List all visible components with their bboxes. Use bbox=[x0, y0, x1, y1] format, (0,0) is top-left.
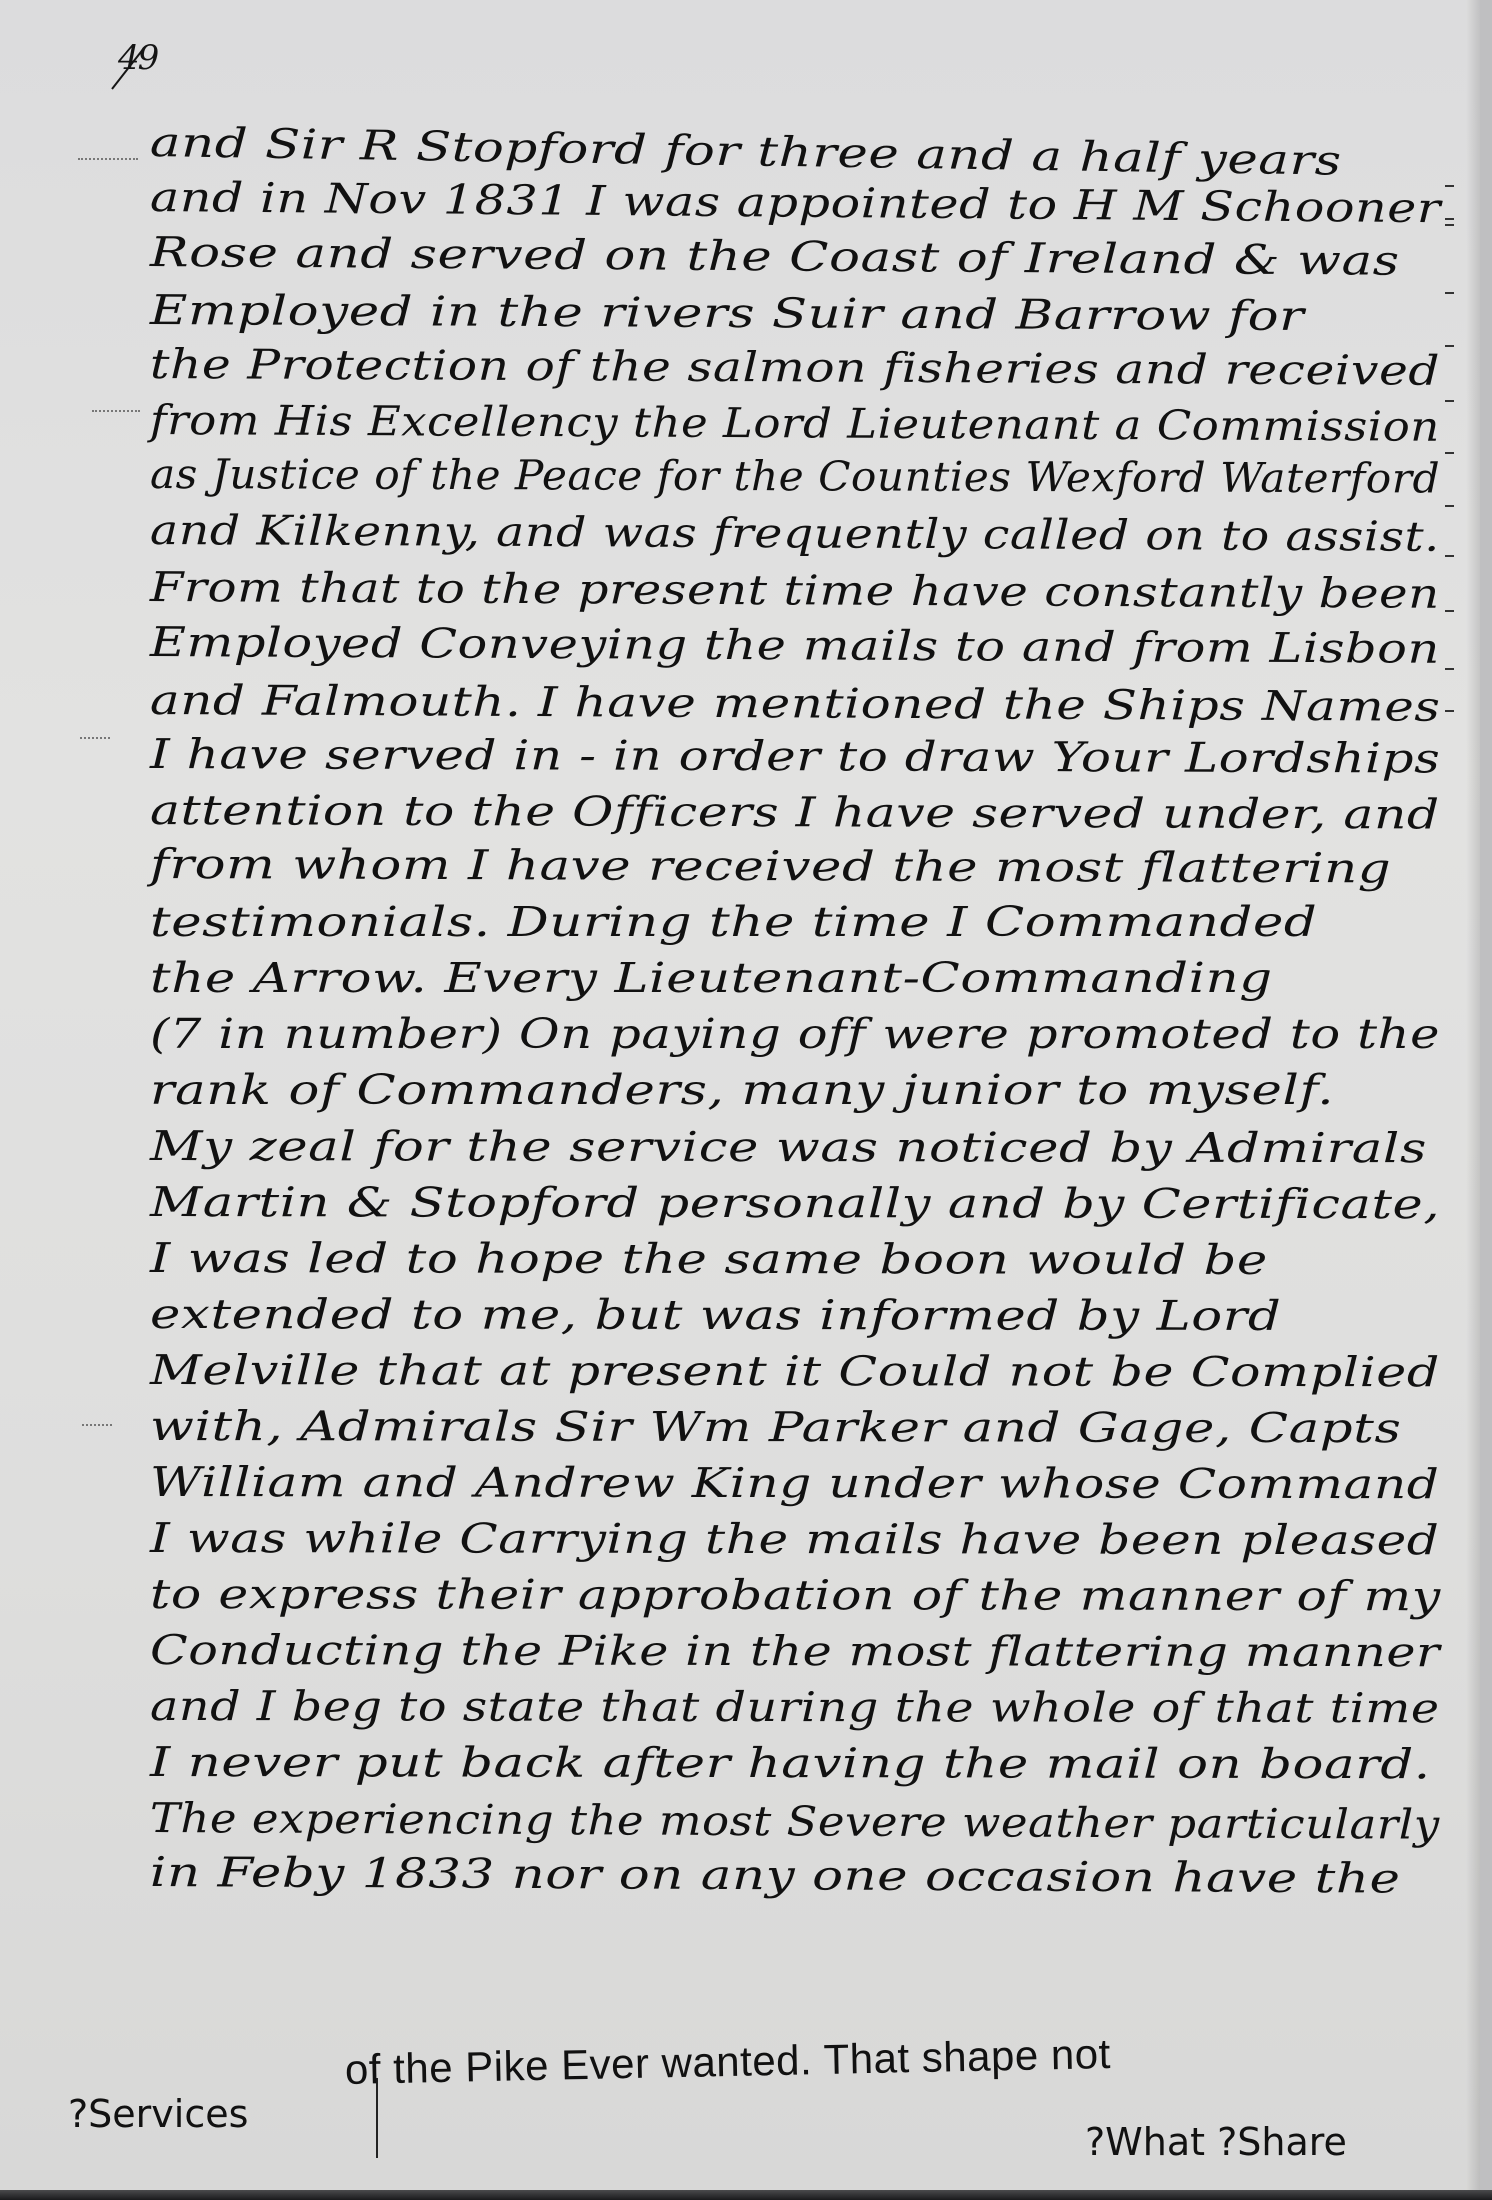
margin-mark bbox=[1445, 710, 1454, 712]
manuscript-line: Conducting the Pike in the most flatteri… bbox=[150, 1626, 1440, 1676]
manuscript-line: Martin & Stopford personally and by Cert… bbox=[150, 1178, 1440, 1228]
scan-edge-right bbox=[1480, 0, 1492, 2200]
scan-edge-bottom bbox=[0, 2190, 1492, 2200]
margin-annotation-services: ?Services bbox=[68, 2092, 248, 2136]
margin-mark bbox=[1445, 452, 1454, 454]
manuscript-page: 49 and Sir R Stopford for three and a ha… bbox=[0, 0, 1480, 2190]
manuscript-line: rank of Commanders, many junior to mysel… bbox=[150, 1066, 1334, 1114]
manuscript-line: and in Nov 1831 I was appointed to H M S… bbox=[150, 173, 1441, 232]
page-number: 49 bbox=[118, 38, 157, 78]
final-line-annotation: of the Pike Ever wanted. That shape not bbox=[344, 2030, 1111, 2094]
manuscript-line: and Kilkenny, and was frequently called … bbox=[150, 506, 1440, 561]
dotted-rule bbox=[82, 1424, 112, 1426]
manuscript-line: I was while Carrying the mails have been… bbox=[150, 1514, 1440, 1564]
manuscript-line: Rose and served on the Coast of Ireland … bbox=[150, 228, 1400, 285]
query-annotation: ?What ?Share bbox=[1085, 2120, 1347, 2164]
manuscript-line: the Arrow. Every Lieutenant-Commanding bbox=[150, 954, 1273, 1002]
margin-mark bbox=[1445, 218, 1454, 220]
dotted-rule bbox=[78, 158, 138, 160]
manuscript-line: Employed Conveying the mails to and from… bbox=[150, 618, 1440, 673]
margin-mark bbox=[1445, 555, 1454, 557]
manuscript-line: from whom I have received the most flatt… bbox=[150, 840, 1391, 892]
manuscript-line: with, Admirals Sir Wm Parker and Gage, C… bbox=[150, 1402, 1401, 1452]
manuscript-line: the Protection of the salmon fisheries a… bbox=[150, 340, 1440, 395]
manuscript-line: as Justice of the Peace for the Counties… bbox=[150, 450, 1440, 503]
margin-mark bbox=[1445, 668, 1454, 670]
margin-mark bbox=[1445, 185, 1454, 187]
manuscript-line: testimonials. During the time I Commande… bbox=[150, 898, 1317, 946]
margin-mark bbox=[1445, 610, 1454, 612]
manuscript-line: I never put back after having the mail o… bbox=[150, 1738, 1431, 1788]
manuscript-line: Melville that at present it Could not be… bbox=[150, 1346, 1440, 1396]
manuscript-line: attention to the Officers I have served … bbox=[150, 786, 1440, 839]
margin-mark bbox=[1445, 292, 1454, 294]
manuscript-line: I was led to hope the same boon would be bbox=[150, 1234, 1268, 1284]
dotted-rule bbox=[92, 410, 140, 412]
margin-mark bbox=[1445, 224, 1454, 226]
dotted-rule bbox=[80, 737, 110, 739]
manuscript-line: William and Andrew King under whose Comm… bbox=[150, 1458, 1440, 1508]
manuscript-line: Employed in the rivers Suir and Barrow f… bbox=[150, 286, 1305, 340]
manuscript-line: I have served in - in order to draw Your… bbox=[150, 730, 1440, 783]
margin-mark bbox=[1445, 400, 1454, 402]
manuscript-line: My zeal for the service was noticed by A… bbox=[150, 1122, 1427, 1172]
margin-mark bbox=[1445, 505, 1454, 507]
margin-mark bbox=[1445, 345, 1454, 347]
manuscript-line: in Feby 1833 nor on any one occasion hav… bbox=[150, 1848, 1401, 1903]
manuscript-line: extended to me, but was informed by Lord bbox=[150, 1290, 1281, 1340]
manuscript-line: from His Excellency the Lord Lieutenant … bbox=[150, 396, 1440, 451]
manuscript-line: and I beg to state that during the whole… bbox=[150, 1682, 1440, 1732]
manuscript-line: and Falmouth. I have mentioned the Ships… bbox=[150, 676, 1441, 731]
manuscript-line: (7 in number) On paying off were promote… bbox=[150, 1010, 1440, 1058]
manuscript-line: From that to the present time have const… bbox=[150, 563, 1440, 618]
manuscript-line: The experiencing the most Severe weather… bbox=[150, 1794, 1440, 1849]
manuscript-line: to express their approbation of the mann… bbox=[150, 1570, 1441, 1620]
